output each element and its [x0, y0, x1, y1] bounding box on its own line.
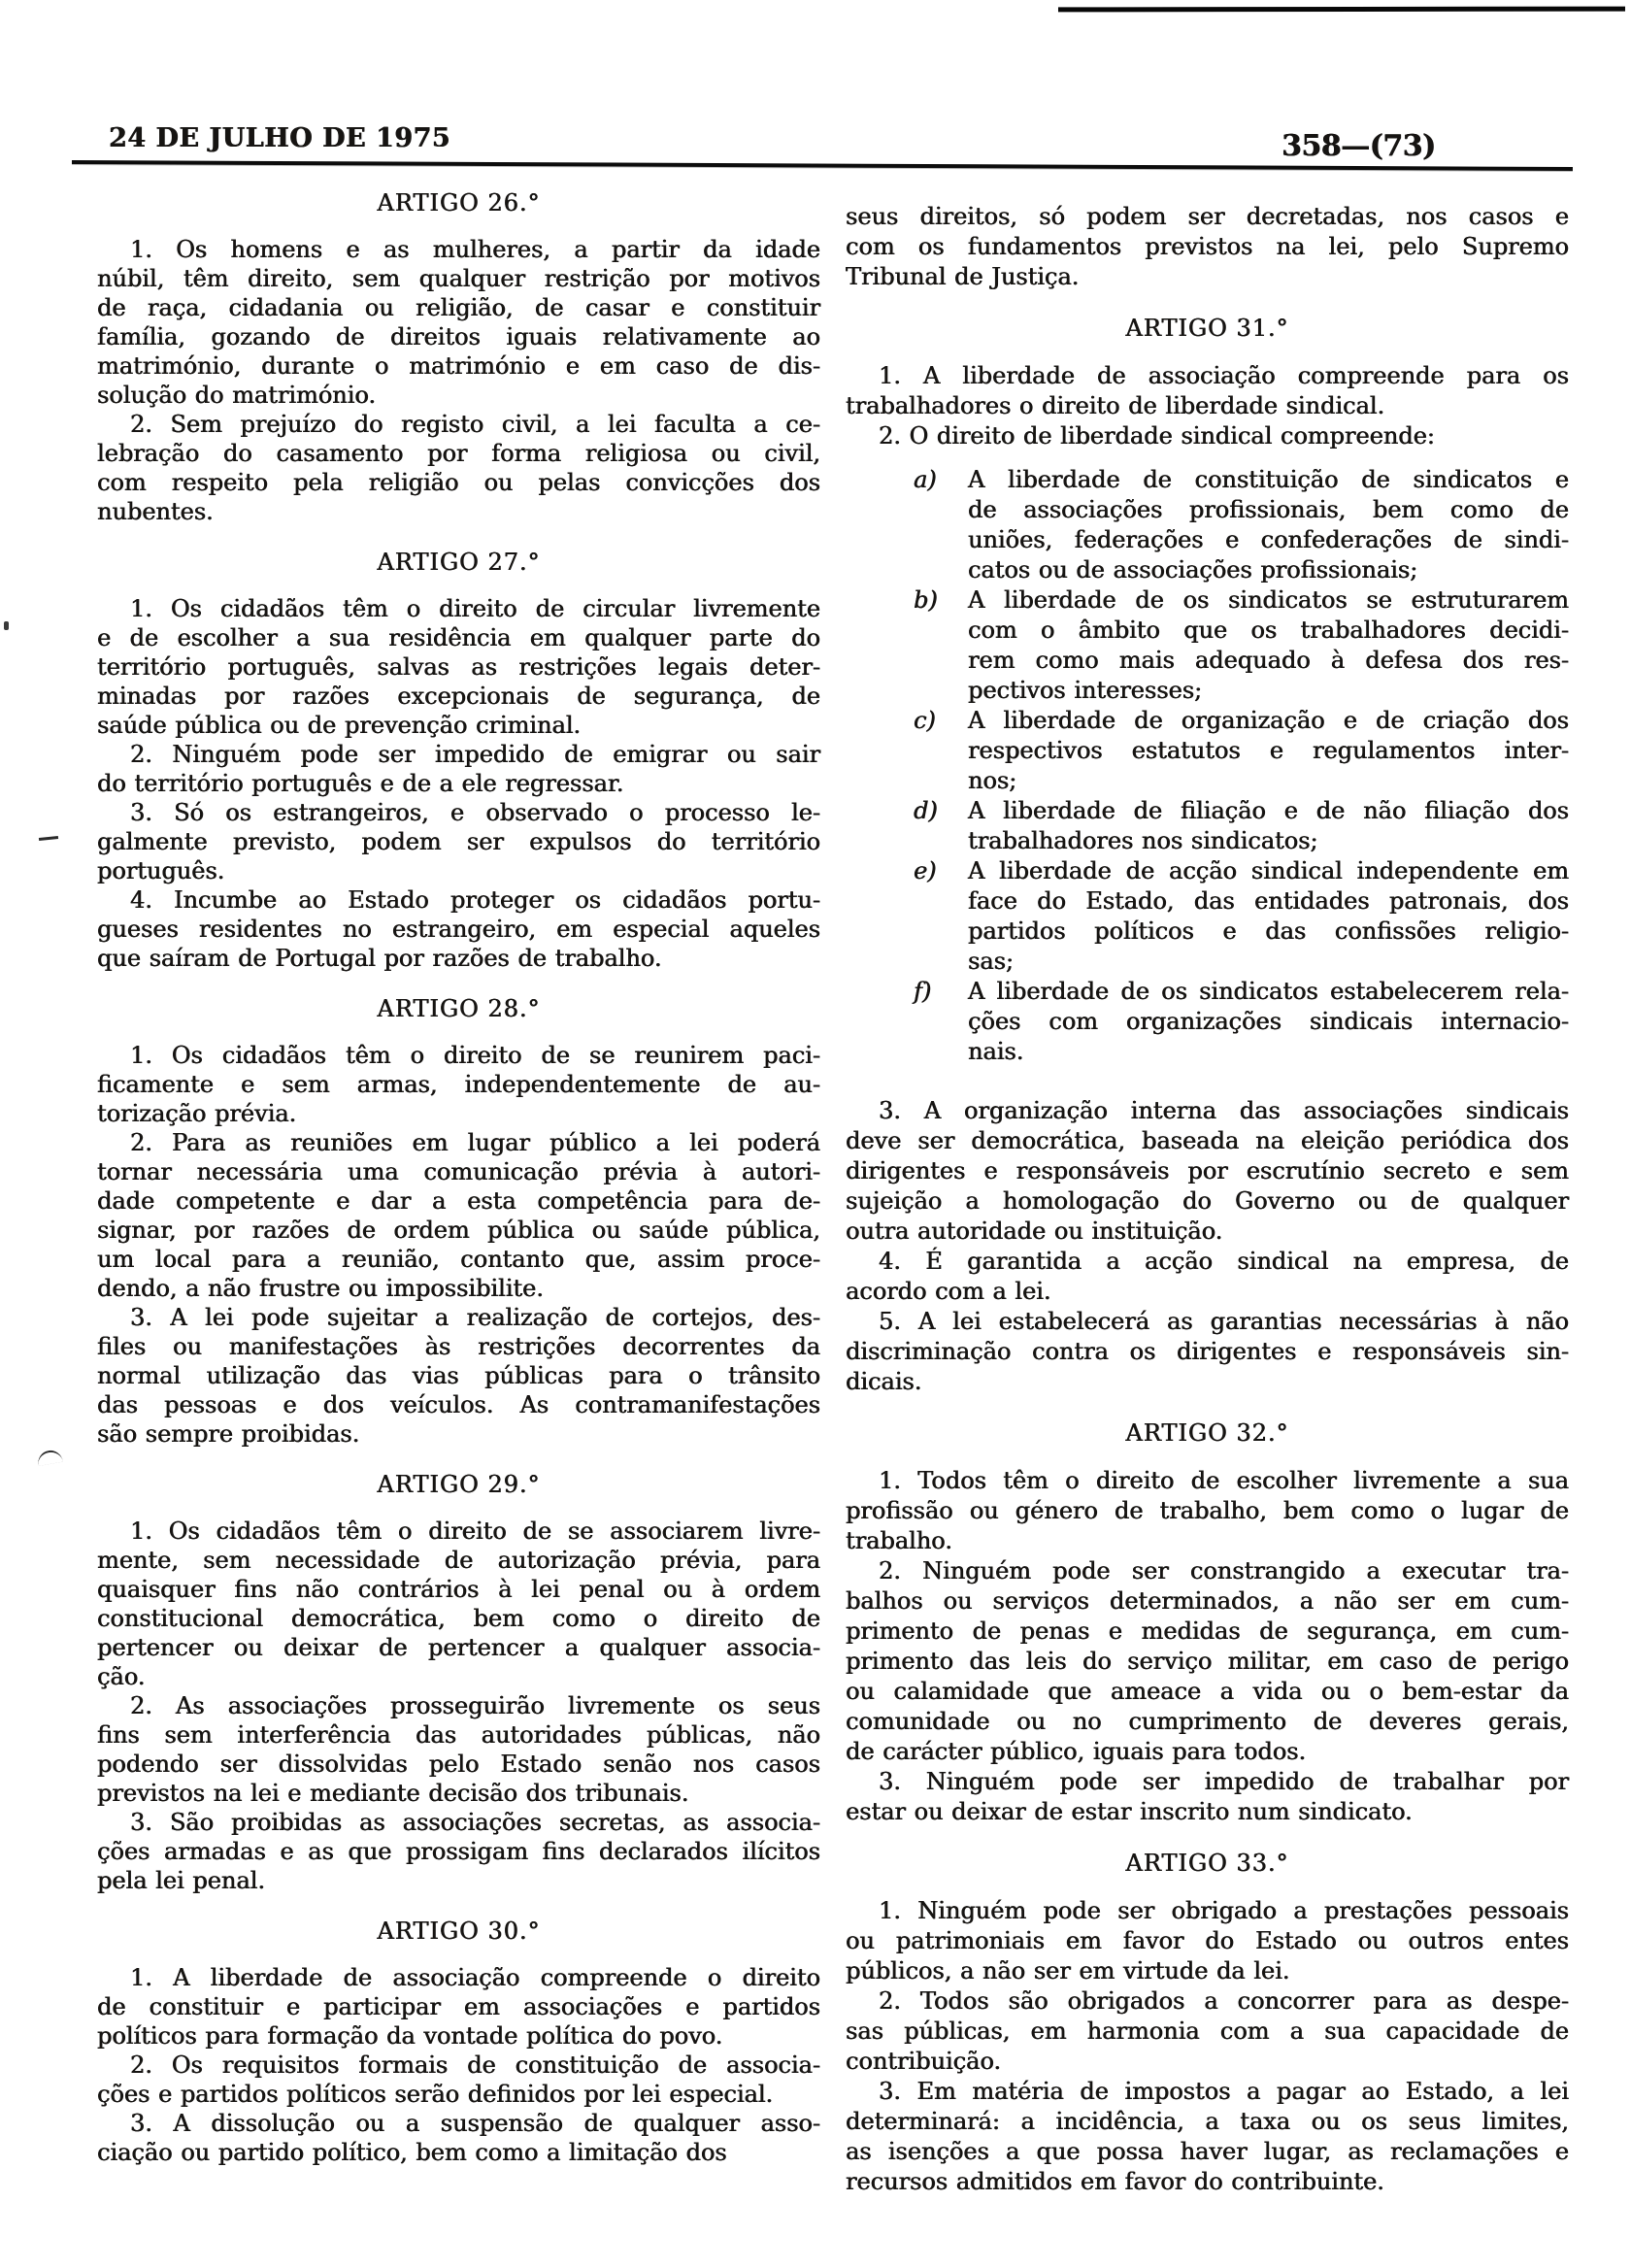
- text-span: contribuição.: [846, 2048, 1001, 2075]
- text-line: dicais.: [846, 1367, 1569, 1397]
- text-line: e de escolher a sua residência em qualqu…: [97, 623, 820, 652]
- text-line: 5. A lei estabelecerá as garantias neces…: [846, 1307, 1569, 1337]
- text-line: sas;: [968, 947, 1569, 977]
- text-line: profissão ou género de trabalho, bem com…: [846, 1496, 1569, 1526]
- text-line: torização prévia.: [97, 1099, 820, 1128]
- text-line: 3. A dissolução ou a suspensão de qualqu…: [97, 2109, 820, 2138]
- text-line: Tribunal de Justiça.: [846, 262, 1569, 292]
- paragraph: 1. A liberdade de associação compreende …: [97, 1963, 820, 2051]
- text-span: 3. Só os estrangeiros, e observado o pro…: [130, 799, 820, 826]
- text-span: profissão ou género de trabalho, bem com…: [846, 1497, 1569, 1524]
- text-span: núbil, têm direito, sem qualquer restriç…: [97, 265, 820, 292]
- paragraph: 1. Ninguém pode ser obrigado a prestaçõe…: [846, 1896, 1569, 1986]
- text-span: nos;: [968, 767, 1016, 794]
- list-item: d)A liberdade de filiação e de não filia…: [968, 796, 1569, 856]
- text-span: podendo ser dissolvidas pelo Estado senã…: [97, 1751, 820, 1778]
- text-span: pertencer ou deixar de pertencer a qualq…: [97, 1634, 820, 1661]
- text-span: ções e partidos políticos serão definido…: [97, 2081, 773, 2108]
- text-line: discriminação contra os dirigentes e res…: [846, 1337, 1569, 1367]
- text-span: 2. As associações prosseguirão livrement…: [130, 1692, 820, 1719]
- text-span: ou calamidade que ameace a vida ou o bem…: [846, 1678, 1569, 1705]
- text-line: saúde pública ou de prevenção criminal.: [97, 711, 820, 740]
- text-span: partidos políticos e das confissões reli…: [968, 917, 1569, 945]
- text-line: com os fundamentos previstos na lei, pel…: [846, 232, 1569, 262]
- scan-artifact: [36, 1449, 63, 1466]
- paragraph: 2. Todos são obrigados a concorrer para …: [846, 1986, 1569, 2077]
- column-right: seus direitos, só podem ser decretadas, …: [846, 183, 1569, 2197]
- paragraph: 2. As associações prosseguirão livrement…: [97, 1691, 820, 1808]
- text-span: de raça, cidadania ou religião, de casar…: [97, 294, 820, 321]
- article-heading: ARTIGO 30.°: [97, 1917, 820, 1946]
- text-line: ciação ou partido político, bem como a l…: [97, 2138, 820, 2167]
- text-line: ção.: [97, 1662, 820, 1691]
- text-span: face do Estado, das entidades patronais,…: [968, 887, 1569, 915]
- page-number: 358—(73): [1281, 132, 1553, 161]
- text-line: e)A liberdade de acção sindical independ…: [968, 856, 1569, 886]
- text-span: pectivos interesses;: [968, 677, 1202, 704]
- text-line: ções e partidos políticos serão definido…: [97, 2080, 820, 2109]
- text-line: face do Estado, das entidades patronais,…: [968, 886, 1569, 917]
- text-span: ções armadas e as que prossigam fins dec…: [97, 1838, 820, 1865]
- text-span: tornar necessária uma comunicação prévia…: [97, 1158, 820, 1185]
- text-span: português.: [97, 857, 224, 884]
- text-span: sujeição a homologação do Governo ou de …: [846, 1187, 1569, 1215]
- text-line: catos ou de associações profissionais;: [968, 555, 1569, 585]
- text-span: Tribunal de Justiça.: [846, 263, 1079, 290]
- text-line: sas públicas, em harmonia com a sua capa…: [846, 2017, 1569, 2047]
- text-line: outra autoridade ou instituição.: [846, 1217, 1569, 1247]
- text-span: estar ou deixar de estar inscrito num si…: [846, 1798, 1413, 1825]
- text-span: quaisquer fins não contrários à lei pena…: [97, 1576, 820, 1603]
- text-span: rem como mais adequado à defesa dos res-: [968, 647, 1569, 674]
- text-span: do território português e de a ele regre…: [97, 770, 623, 797]
- text-line: 1. A liberdade de associação compreende …: [97, 1963, 820, 1992]
- text-line: minadas por razões excepcionais de segur…: [97, 682, 820, 711]
- article-heading: ARTIGO 31.°: [846, 314, 1569, 344]
- text-span: lebração do casamento por forma religios…: [97, 440, 820, 467]
- text-span: 2. O direito de liberdade sindical compr…: [879, 422, 1435, 450]
- paragraph: 5. A lei estabelecerá as garantias neces…: [846, 1307, 1569, 1397]
- scanned-document-page: 24 DE JULHO DE 1975 358—(73) ARTIGO 26.°…: [0, 0, 1631, 2268]
- text-line: tornar necessária uma comunicação prévia…: [97, 1157, 820, 1186]
- text-line: previstos na lei e mediante decisão dos …: [97, 1779, 820, 1808]
- text-span: 3. A dissolução ou a suspensão de qualqu…: [130, 2110, 820, 2137]
- text-span: galmente previsto, podem ser expulsos do…: [97, 828, 820, 855]
- text-line: 1. Ninguém pode ser obrigado a prestaçõe…: [846, 1896, 1569, 1926]
- paragraph: 2. Ninguém pode ser impedido de emigrar …: [97, 740, 820, 798]
- text-span: de carácter público, iguais para todos.: [846, 1738, 1306, 1765]
- text-line: seus direitos, só podem ser decretadas, …: [846, 202, 1569, 232]
- text-line: do território português e de a ele regre…: [97, 769, 820, 798]
- text-line: ou patrimoniais em favor do Estado ou ou…: [846, 1926, 1569, 1956]
- text-line: galmente previsto, podem ser expulsos do…: [97, 827, 820, 856]
- text-line: b)A liberdade de os sindicatos se estrut…: [968, 585, 1569, 616]
- text-line: primento das leis do serviço militar, em…: [846, 1647, 1569, 1677]
- text-span: recursos admitidos em favor do contribui…: [846, 2168, 1384, 2195]
- text-line: trabalhadores o direito de liberdade sin…: [846, 391, 1569, 421]
- paragraph: 4. Incumbe ao Estado proteger os cidadão…: [97, 885, 820, 973]
- text-span: território português, salvas as restriçõ…: [97, 653, 820, 681]
- text-span: outra autoridade ou instituição.: [846, 1217, 1222, 1245]
- text-span: sas públicas, em harmonia com a sua capa…: [846, 2018, 1569, 2045]
- text-span: nais.: [968, 1038, 1023, 1065]
- text-line: pectivos interesses;: [968, 676, 1569, 706]
- list-item: a)A liberdade de constituição de sindica…: [968, 465, 1569, 585]
- text-span: 1. Os cidadãos têm o direito de circular…: [130, 595, 820, 622]
- article-heading: ARTIGO 33.°: [846, 1849, 1569, 1879]
- text-line: dendo, a não frustre ou impossibilite.: [97, 1274, 820, 1303]
- paragraph: seus direitos, só podem ser decretadas, …: [846, 202, 1569, 292]
- text-line: partidos políticos e das confissões reli…: [968, 917, 1569, 947]
- text-span: determinará: a incidência, a taxa ou os …: [846, 2108, 1569, 2135]
- paragraph: 1. A liberdade de associação compreende …: [846, 361, 1569, 421]
- text-span: ou patrimoniais em favor do Estado ou ou…: [846, 1927, 1569, 1954]
- text-span: balhos ou serviços determinados, a não s…: [846, 1587, 1569, 1615]
- text-line: gueses residentes no estrangeiro, em esp…: [97, 915, 820, 944]
- list-item: c)A liberdade de organização e de criaçã…: [968, 706, 1569, 796]
- paragraph: 3. Em matéria de impostos a pagar ao Est…: [846, 2077, 1569, 2197]
- text-line: nais.: [968, 1037, 1569, 1067]
- paragraph: 2. Os requisitos formais de constituição…: [97, 2051, 820, 2109]
- item-marker: a): [914, 465, 937, 495]
- text-line: 1. A liberdade de associação compreende …: [846, 361, 1569, 391]
- text-line: estar ou deixar de estar inscrito num si…: [846, 1797, 1569, 1827]
- text-span: files ou manifestações às restrições dec…: [97, 1333, 820, 1360]
- text-span: minadas por razões excepcionais de segur…: [97, 683, 820, 710]
- paragraph: 1. Os homens e as mulheres, a partir da …: [97, 235, 820, 410]
- text-line: 1. Os cidadãos têm o direito de se reuni…: [97, 1041, 820, 1070]
- paragraph: 3. Só os estrangeiros, e observado o pro…: [97, 798, 820, 885]
- text-line: 2. Sem prejuízo do registo civil, a lei …: [97, 410, 820, 439]
- text-span: dicais.: [846, 1368, 921, 1395]
- list-item: e)A liberdade de acção sindical independ…: [968, 856, 1569, 977]
- text-line: 2. Para as reuniões em lugar público a l…: [97, 1128, 820, 1157]
- text-line: pela lei penal.: [97, 1866, 820, 1895]
- text-line: uniões, federações e confederações de si…: [968, 525, 1569, 555]
- text-span: 2. Sem prejuízo do registo civil, a lei …: [130, 411, 820, 438]
- text-line: 1. Os homens e as mulheres, a partir da …: [97, 235, 820, 264]
- text-line: lebração do casamento por forma religios…: [97, 439, 820, 468]
- text-span: família, gozando de direitos iguais rela…: [97, 323, 820, 350]
- text-line: 3. Só os estrangeiros, e observado o pro…: [97, 798, 820, 827]
- text-line: a)A liberdade de constituição de sindica…: [968, 465, 1569, 495]
- paragraph: 1. Os cidadãos têm o direito de se assoc…: [97, 1517, 820, 1691]
- text-span: as isenções a que possa haver lugar, as …: [846, 2138, 1569, 2165]
- text-line: dade competente e dar a esta competência…: [97, 1186, 820, 1216]
- text-span: 2. Todos são obrigados a concorrer para …: [879, 1987, 1569, 2015]
- text-span: primento de penas e medidas de segurança…: [846, 1618, 1569, 1645]
- text-span: comunidade ou no cumprimento de deveres …: [846, 1708, 1569, 1735]
- text-span: com o âmbito que os trabalhadores decidi…: [968, 617, 1569, 644]
- text-line: deve ser democrática, baseada na eleição…: [846, 1126, 1569, 1156]
- text-span: ciação ou partido político, bem como a l…: [97, 2139, 727, 2166]
- text-span: 2. Para as reuniões em lugar público a l…: [130, 1129, 820, 1156]
- text-line: 2. Ninguém pode ser constrangido a execu…: [846, 1556, 1569, 1586]
- text-span: dirigentes e responsáveis por escrutínio…: [846, 1157, 1569, 1184]
- text-line: um local para a reunião, contanto que, a…: [97, 1245, 820, 1274]
- text-line: contribuição.: [846, 2047, 1569, 2077]
- text-line: 2. Os requisitos formais de constituição…: [97, 2051, 820, 2080]
- paragraph: 3. A lei pode sujeitar a realização de c…: [97, 1303, 820, 1449]
- text-span: matrimónio, durante o matrimónio e em ca…: [97, 352, 820, 380]
- article-heading: ARTIGO 27.°: [97, 548, 820, 577]
- text-line: 2. O direito de liberdade sindical compr…: [846, 421, 1569, 451]
- text-line: políticos para formação da vontade polít…: [97, 2021, 820, 2051]
- text-line: podendo ser dissolvidas pelo Estado senã…: [97, 1750, 820, 1779]
- text-span: fins sem interferência das autoridades p…: [97, 1721, 820, 1749]
- text-line: acordo com a lei.: [846, 1277, 1569, 1307]
- text-line: primento de penas e medidas de segurança…: [846, 1617, 1569, 1647]
- text-line: são sempre proibidas.: [97, 1419, 820, 1449]
- text-line: recursos admitidos em favor do contribui…: [846, 2167, 1569, 2197]
- text-line: comunidade ou no cumprimento de deveres …: [846, 1707, 1569, 1737]
- text-line: rem como mais adequado à defesa dos res-: [968, 646, 1569, 676]
- text-span: 2. Ninguém pode ser impedido de emigrar …: [130, 741, 820, 768]
- text-span: seus direitos, só podem ser decretadas, …: [846, 203, 1569, 230]
- text-span: e de escolher a sua residência em qualqu…: [97, 624, 820, 651]
- text-span: uniões, federações e confederações de si…: [968, 526, 1569, 553]
- text-span: 1. Os cidadãos têm o direito de se assoc…: [130, 1518, 820, 1545]
- text-line: as isenções a que possa haver lugar, as …: [846, 2137, 1569, 2167]
- text-span: 3. Em matéria de impostos a pagar ao Est…: [879, 2078, 1569, 2105]
- text-line: normal utilização das vias públicas para…: [97, 1361, 820, 1390]
- text-line: mente, sem necessidade de autorização pr…: [97, 1546, 820, 1575]
- text-span: são sempre proibidas.: [97, 1420, 359, 1448]
- text-line: com respeito pela religião ou pelas conv…: [97, 468, 820, 497]
- list-item: b)A liberdade de os sindicatos se estrut…: [968, 585, 1569, 706]
- text-line: ções com organizações sindicais internac…: [968, 1007, 1569, 1037]
- text-line: 2. As associações prosseguirão livrement…: [97, 1691, 820, 1720]
- text-line: 3. Ninguém pode ser impedido de trabalha…: [846, 1767, 1569, 1797]
- text-span: 3. A lei pode sujeitar a realização de c…: [130, 1304, 820, 1331]
- text-span: trabalhadores o direito de liberdade sin…: [846, 392, 1384, 419]
- text-span: A liberdade de constituição de sindicato…: [968, 466, 1569, 493]
- text-columns: ARTIGO 26.°1. Os homens e as mulheres, a…: [97, 183, 1569, 2197]
- text-span: das pessoas e dos veículos. As contraman…: [97, 1391, 820, 1418]
- text-span: discriminação contra os dirigentes e res…: [846, 1338, 1569, 1365]
- text-line: de carácter público, iguais para todos.: [846, 1737, 1569, 1767]
- text-span: respectivos estatutos e regulamentos int…: [968, 737, 1569, 764]
- text-span: trabalhadores nos sindicatos;: [968, 827, 1318, 854]
- text-span: nubentes.: [97, 498, 214, 525]
- text-span: sas;: [968, 948, 1014, 975]
- text-line: 4. Incumbe ao Estado proteger os cidadão…: [97, 885, 820, 915]
- text-line: f)A liberdade de os sindicatos estabelec…: [968, 977, 1569, 1007]
- text-line: trabalho.: [846, 1526, 1569, 1556]
- paragraph: 3. A dissolução ou a suspensão de qualqu…: [97, 2109, 820, 2167]
- text-line: files ou manifestações às restrições dec…: [97, 1332, 820, 1361]
- item-marker: e): [914, 856, 937, 886]
- text-line: com o âmbito que os trabalhadores decidi…: [968, 616, 1569, 646]
- text-line: sujeição a homologação do Governo ou de …: [846, 1186, 1569, 1217]
- paragraph: 1. Os cidadãos têm o direito de circular…: [97, 594, 820, 740]
- text-span: 1. Os cidadãos têm o direito de se reuni…: [130, 1042, 820, 1069]
- text-span: 5. A lei estabelecerá as garantias neces…: [879, 1308, 1569, 1335]
- text-span: previstos na lei e mediante decisão dos …: [97, 1780, 688, 1807]
- list-item: f)A liberdade de os sindicatos estabelec…: [968, 977, 1569, 1067]
- article-heading: ARTIGO 26.°: [97, 188, 820, 217]
- text-line: constitucional democrática, bem como o d…: [97, 1604, 820, 1633]
- article-heading: ARTIGO 32.°: [846, 1418, 1569, 1449]
- scan-artifact: [39, 836, 58, 841]
- text-line: de raça, cidadania ou religião, de casar…: [97, 293, 820, 322]
- paragraph: 1. Os cidadãos têm o direito de se reuni…: [97, 1041, 820, 1128]
- text-span: primento das leis do serviço militar, em…: [846, 1648, 1569, 1675]
- paragraph: 4. É garantida a acção sindical na empre…: [846, 1247, 1569, 1307]
- paragraph: 2. O direito de liberdade sindical compr…: [846, 421, 1569, 451]
- text-line: de constituir e participar em associaçõe…: [97, 1992, 820, 2021]
- text-span: 3. Ninguém pode ser impedido de trabalha…: [879, 1768, 1569, 1795]
- text-span: pela lei penal.: [97, 1867, 265, 1894]
- scan-artifact: [4, 621, 9, 630]
- text-line: pertencer ou deixar de pertencer a qualq…: [97, 1633, 820, 1662]
- paragraph: 3. São proibidas as associações secretas…: [97, 1808, 820, 1895]
- text-line: d)A liberdade de filiação e de não filia…: [968, 796, 1569, 826]
- text-span: catos ou de associações profissionais;: [968, 556, 1417, 584]
- text-span: 3. A organização interna das associações…: [879, 1097, 1569, 1124]
- text-line: balhos ou serviços determinados, a não s…: [846, 1586, 1569, 1617]
- text-span: um local para a reunião, contanto que, a…: [97, 1246, 820, 1273]
- text-span: acordo com a lei.: [846, 1278, 1051, 1305]
- text-line: nos;: [968, 766, 1569, 796]
- text-line: 3. São proibidas as associações secretas…: [97, 1808, 820, 1837]
- text-span: ções com organizações sindicais internac…: [968, 1008, 1569, 1035]
- text-span: dendo, a não frustre ou impossibilite.: [97, 1275, 544, 1302]
- article-heading: ARTIGO 29.°: [97, 1470, 820, 1499]
- publication-date: 24 DE JULHO DE 1975: [109, 124, 450, 153]
- text-span: 4. É garantida a acção sindical na empre…: [879, 1248, 1569, 1275]
- paragraph: 3. Ninguém pode ser impedido de trabalha…: [846, 1767, 1569, 1827]
- text-span: constitucional democrática, bem como o d…: [97, 1605, 820, 1632]
- text-line: fins sem interferência das autoridades p…: [97, 1720, 820, 1750]
- text-line: 2. Todos são obrigados a concorrer para …: [846, 1986, 1569, 2017]
- text-span: 4. Incumbe ao Estado proteger os cidadão…: [130, 886, 820, 914]
- text-span: dade competente e dar a esta competência…: [97, 1187, 820, 1215]
- text-span: 1. A liberdade de associação compreende …: [130, 1964, 820, 1991]
- item-marker: d): [914, 796, 938, 826]
- text-line: que saíram de Portugal por razões de tra…: [97, 944, 820, 973]
- text-span: 1. Todos têm o direito de escolher livre…: [879, 1467, 1569, 1494]
- paragraph: 2. Ninguém pode ser constrangido a execu…: [846, 1556, 1569, 1767]
- text-line: dirigentes e responsáveis por escrutínio…: [846, 1156, 1569, 1186]
- text-line: 1. Os cidadãos têm o direito de se assoc…: [97, 1517, 820, 1546]
- text-span: deve ser democrática, baseada na eleição…: [846, 1127, 1569, 1154]
- text-span: A liberdade de os sindicatos se estrutur…: [968, 586, 1569, 614]
- text-span: gueses residentes no estrangeiro, em esp…: [97, 916, 820, 943]
- text-span: trabalho.: [846, 1527, 952, 1554]
- text-line: c)A liberdade de organização e de criaçã…: [968, 706, 1569, 736]
- text-span: com respeito pela religião ou pelas conv…: [97, 469, 820, 496]
- paragraph: 2. Para as reuniões em lugar público a l…: [97, 1128, 820, 1303]
- text-line: 1. Todos têm o direito de escolher livre…: [846, 1466, 1569, 1496]
- text-line: 3. A organização interna das associações…: [846, 1096, 1569, 1126]
- text-line: território português, salvas as restriçõ…: [97, 652, 820, 682]
- text-line: 4. É garantida a acção sindical na empre…: [846, 1247, 1569, 1277]
- text-span: solução do matrimónio.: [97, 382, 376, 409]
- text-span: A liberdade de acção sindical independen…: [968, 857, 1569, 884]
- text-span: 1. A liberdade de associação compreende …: [879, 362, 1569, 389]
- text-line: de associações profissionais, bem como d…: [968, 495, 1569, 525]
- text-line: determinará: a incidência, a taxa ou os …: [846, 2107, 1569, 2137]
- text-line: signar, por razões de ordem pública ou s…: [97, 1216, 820, 1245]
- text-line: nubentes.: [97, 497, 820, 526]
- text-line: 2. Ninguém pode ser impedido de emigrar …: [97, 740, 820, 769]
- text-span: torização prévia.: [97, 1100, 296, 1127]
- text-span: ção.: [97, 1663, 145, 1690]
- text-line: português.: [97, 856, 820, 885]
- text-line: 1. Os cidadãos têm o direito de circular…: [97, 594, 820, 623]
- text-span: ficamente e sem armas, independentemente…: [97, 1071, 820, 1098]
- text-span: públicos, a não ser em virtude da lei.: [846, 1957, 1289, 1984]
- article-heading: ARTIGO 28.°: [97, 994, 820, 1023]
- paragraph: 2. Sem prejuízo do registo civil, a lei …: [97, 410, 820, 526]
- text-line: ou calamidade que ameace a vida ou o bem…: [846, 1677, 1569, 1707]
- text-span: A liberdade de os sindicatos estabelecer…: [968, 978, 1569, 1005]
- column-left: ARTIGO 26.°1. Os homens e as mulheres, a…: [97, 183, 820, 2197]
- text-span: mente, sem necessidade de autorização pr…: [97, 1547, 820, 1574]
- text-span: normal utilização das vias públicas para…: [97, 1362, 820, 1389]
- text-span: de constituir e participar em associaçõe…: [97, 1993, 820, 2020]
- text-span: com os fundamentos previstos na lei, pel…: [846, 233, 1569, 260]
- text-line: ficamente e sem armas, independentemente…: [97, 1070, 820, 1099]
- text-line: solução do matrimónio.: [97, 381, 820, 410]
- scan-edge-line: [1058, 7, 1625, 13]
- text-span: A liberdade de organização e de criação …: [968, 707, 1569, 734]
- item-marker: b): [914, 585, 938, 616]
- text-span: 2. Ninguém pode ser constrangido a execu…: [879, 1557, 1569, 1584]
- item-marker: c): [914, 706, 936, 736]
- paragraph: 1. Todos têm o direito de escolher livre…: [846, 1466, 1569, 1556]
- item-marker: f): [914, 977, 931, 1007]
- text-span: 1. Os homens e as mulheres, a partir da …: [130, 236, 820, 263]
- text-span: signar, por razões de ordem pública ou s…: [97, 1217, 820, 1244]
- text-span: 2. Os requisitos formais de constituição…: [130, 2051, 820, 2079]
- text-span: 3. São proibidas as associações secretas…: [130, 1809, 820, 1836]
- text-line: família, gozando de direitos iguais rela…: [97, 322, 820, 351]
- text-line: 3. Em matéria de impostos a pagar ao Est…: [846, 2077, 1569, 2107]
- text-span: de associações profissionais, bem como d…: [968, 496, 1569, 523]
- paragraph: 3. A organização interna das associações…: [846, 1096, 1569, 1247]
- text-line: trabalhadores nos sindicatos;: [968, 826, 1569, 856]
- text-line: quaisquer fins não contrários à lei pena…: [97, 1575, 820, 1604]
- text-line: das pessoas e dos veículos. As contraman…: [97, 1390, 820, 1419]
- text-line: respectivos estatutos e regulamentos int…: [968, 736, 1569, 766]
- text-span: políticos para formação da vontade polít…: [97, 2022, 722, 2050]
- text-span: que saíram de Portugal por razões de tra…: [97, 945, 662, 972]
- text-span: A liberdade de filiação e de não filiaçã…: [968, 797, 1569, 824]
- text-span: saúde pública ou de prevenção criminal.: [97, 712, 581, 739]
- text-line: matrimónio, durante o matrimónio e em ca…: [97, 351, 820, 381]
- text-line: núbil, têm direito, sem qualquer restriç…: [97, 264, 820, 293]
- text-line: ções armadas e as que prossigam fins dec…: [97, 1837, 820, 1866]
- text-line: 3. A lei pode sujeitar a realização de c…: [97, 1303, 820, 1332]
- text-line: públicos, a não ser em virtude da lei.: [846, 1956, 1569, 1986]
- text-span: 1. Ninguém pode ser obrigado a prestaçõe…: [879, 1897, 1569, 1924]
